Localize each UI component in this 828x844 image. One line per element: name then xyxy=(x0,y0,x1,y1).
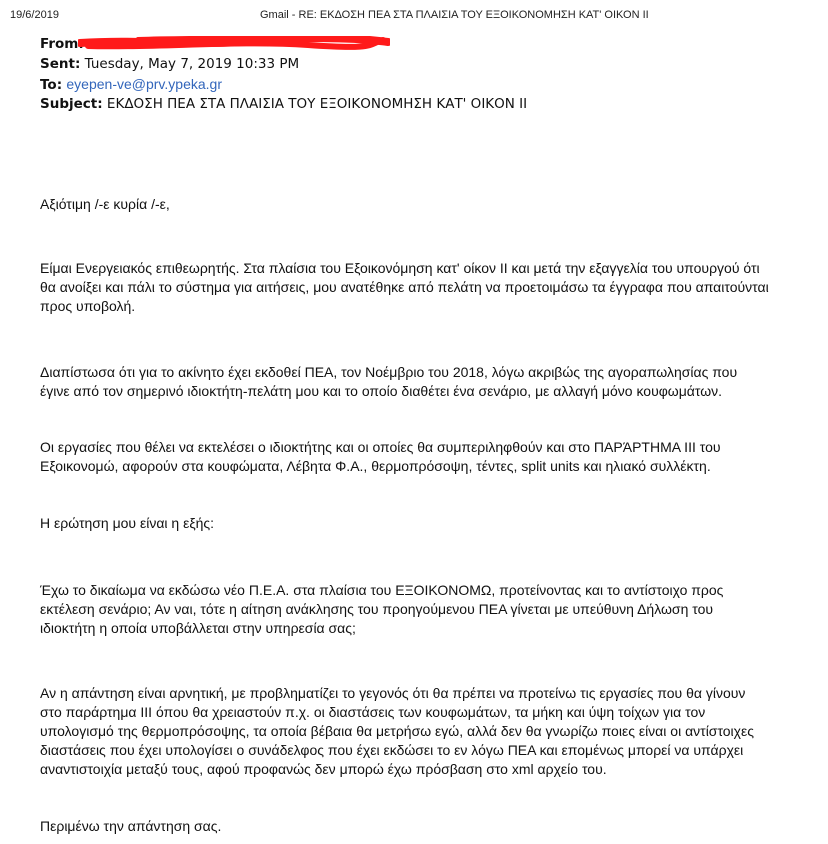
to-email-link[interactable]: eyepen-ve@prv.ypeka.gr xyxy=(66,76,222,92)
line: Διαπίστωσα ότι για το ακίνητο έχει εκδοθ… xyxy=(40,363,815,382)
paragraph-works: Οι εργασίες που θέλει να εκτελέσει ο ιδι… xyxy=(40,438,815,476)
sent-row: Sent: Tuesday, May 7, 2019 10:33 PM xyxy=(40,54,527,74)
subject-row: Subject: ΕΚΔΟΣΗ ΠΕΑ ΣΤΑ ΠΛΑΙΣΙΑ ΤΟΥ ΕΞΟΙ… xyxy=(40,94,527,114)
closing: Περιμένω την απάντηση σας. xyxy=(40,817,815,836)
sent-value: Tuesday, May 7, 2019 10:33 PM xyxy=(80,56,299,72)
line: προς υποβολή. xyxy=(40,297,815,316)
redaction-scribble xyxy=(78,36,390,50)
line: ιδιοκτήτη η οποία υποβάλλεται στην υπηρε… xyxy=(40,619,815,638)
paragraph-question-intro: Η ερώτηση μου είναι η εξής: xyxy=(40,514,815,533)
line: αναντιστοιχία μεταξύ τους, αφού προφανώς… xyxy=(40,760,815,779)
line: Εξοικονομώ, αφορούν στα κουφώματα, Λέβητ… xyxy=(40,457,815,476)
to-label: To: xyxy=(40,77,62,93)
line: στο παράρτημα ΙΙΙ όπου θα χρειαστούν π.χ… xyxy=(40,703,815,722)
paragraph-finding: Διαπίστωσα ότι για το ακίνητο έχει εκδοθ… xyxy=(40,363,815,401)
line: θα ανοίξει και πάλι το σύστημα για αιτήσ… xyxy=(40,278,815,297)
paragraph-concern: Αν η απάντηση είναι αρνητική, με προβλημ… xyxy=(40,684,815,779)
subject-value: ΕΚΔΟΣΗ ΠΕΑ ΣΤΑ ΠΛΑΙΣΙΑ ΤΟΥ ΕΞΟΙΚΟΝΟΜΗΣΗ … xyxy=(103,96,528,112)
print-header: 19/6/2019 Gmail - RE: ΕΚΔΟΣΗ ΠΕΑ ΣΤΑ ΠΛΑ… xyxy=(0,9,828,25)
paragraph-question: Έχω το δικαίωμα να εκδώσω νέο Π.Ε.Α. στα… xyxy=(40,581,815,638)
line: εκτέλεση σενάριο; Αν ναι, τότε η αίτηση … xyxy=(40,600,815,619)
print-title: Gmail - RE: ΕΚΔΟΣΗ ΠΕΑ ΣΤΑ ΠΛΑΙΣΙΑ ΤΟΥ Ε… xyxy=(260,9,649,21)
subject-label: Subject: xyxy=(40,96,103,112)
sent-label: Sent: xyxy=(40,56,80,72)
line: έγινε από τον σημερινό ιδιοκτήτη-πελάτη … xyxy=(40,382,815,401)
line: Είμαι Ενεργειακός επιθεωρητής. Στα πλαίσ… xyxy=(40,259,815,278)
greeting: Αξιότιμη /-ε κυρία /-ε, xyxy=(40,195,815,214)
print-date: 19/6/2019 xyxy=(10,9,59,21)
line: Αν η απάντηση είναι αρνητική, με προβλημ… xyxy=(40,684,815,703)
line: Έχω το δικαίωμα να εκδώσω νέο Π.Ε.Α. στα… xyxy=(40,581,815,600)
line: Οι εργασίες που θέλει να εκτελέσει ο ιδι… xyxy=(40,438,815,457)
line: διαστάσεις που έχει υπολογίσει ο συνάδελ… xyxy=(40,741,815,760)
to-row: To: eyepen-ve@prv.ypeka.gr xyxy=(40,74,527,94)
paragraph-intro: Είμαι Ενεργειακός επιθεωρητής. Στα πλαίσ… xyxy=(40,259,815,316)
line: υπολογισμό της θερμοπρόσοψης, τα οποία β… xyxy=(40,722,815,741)
